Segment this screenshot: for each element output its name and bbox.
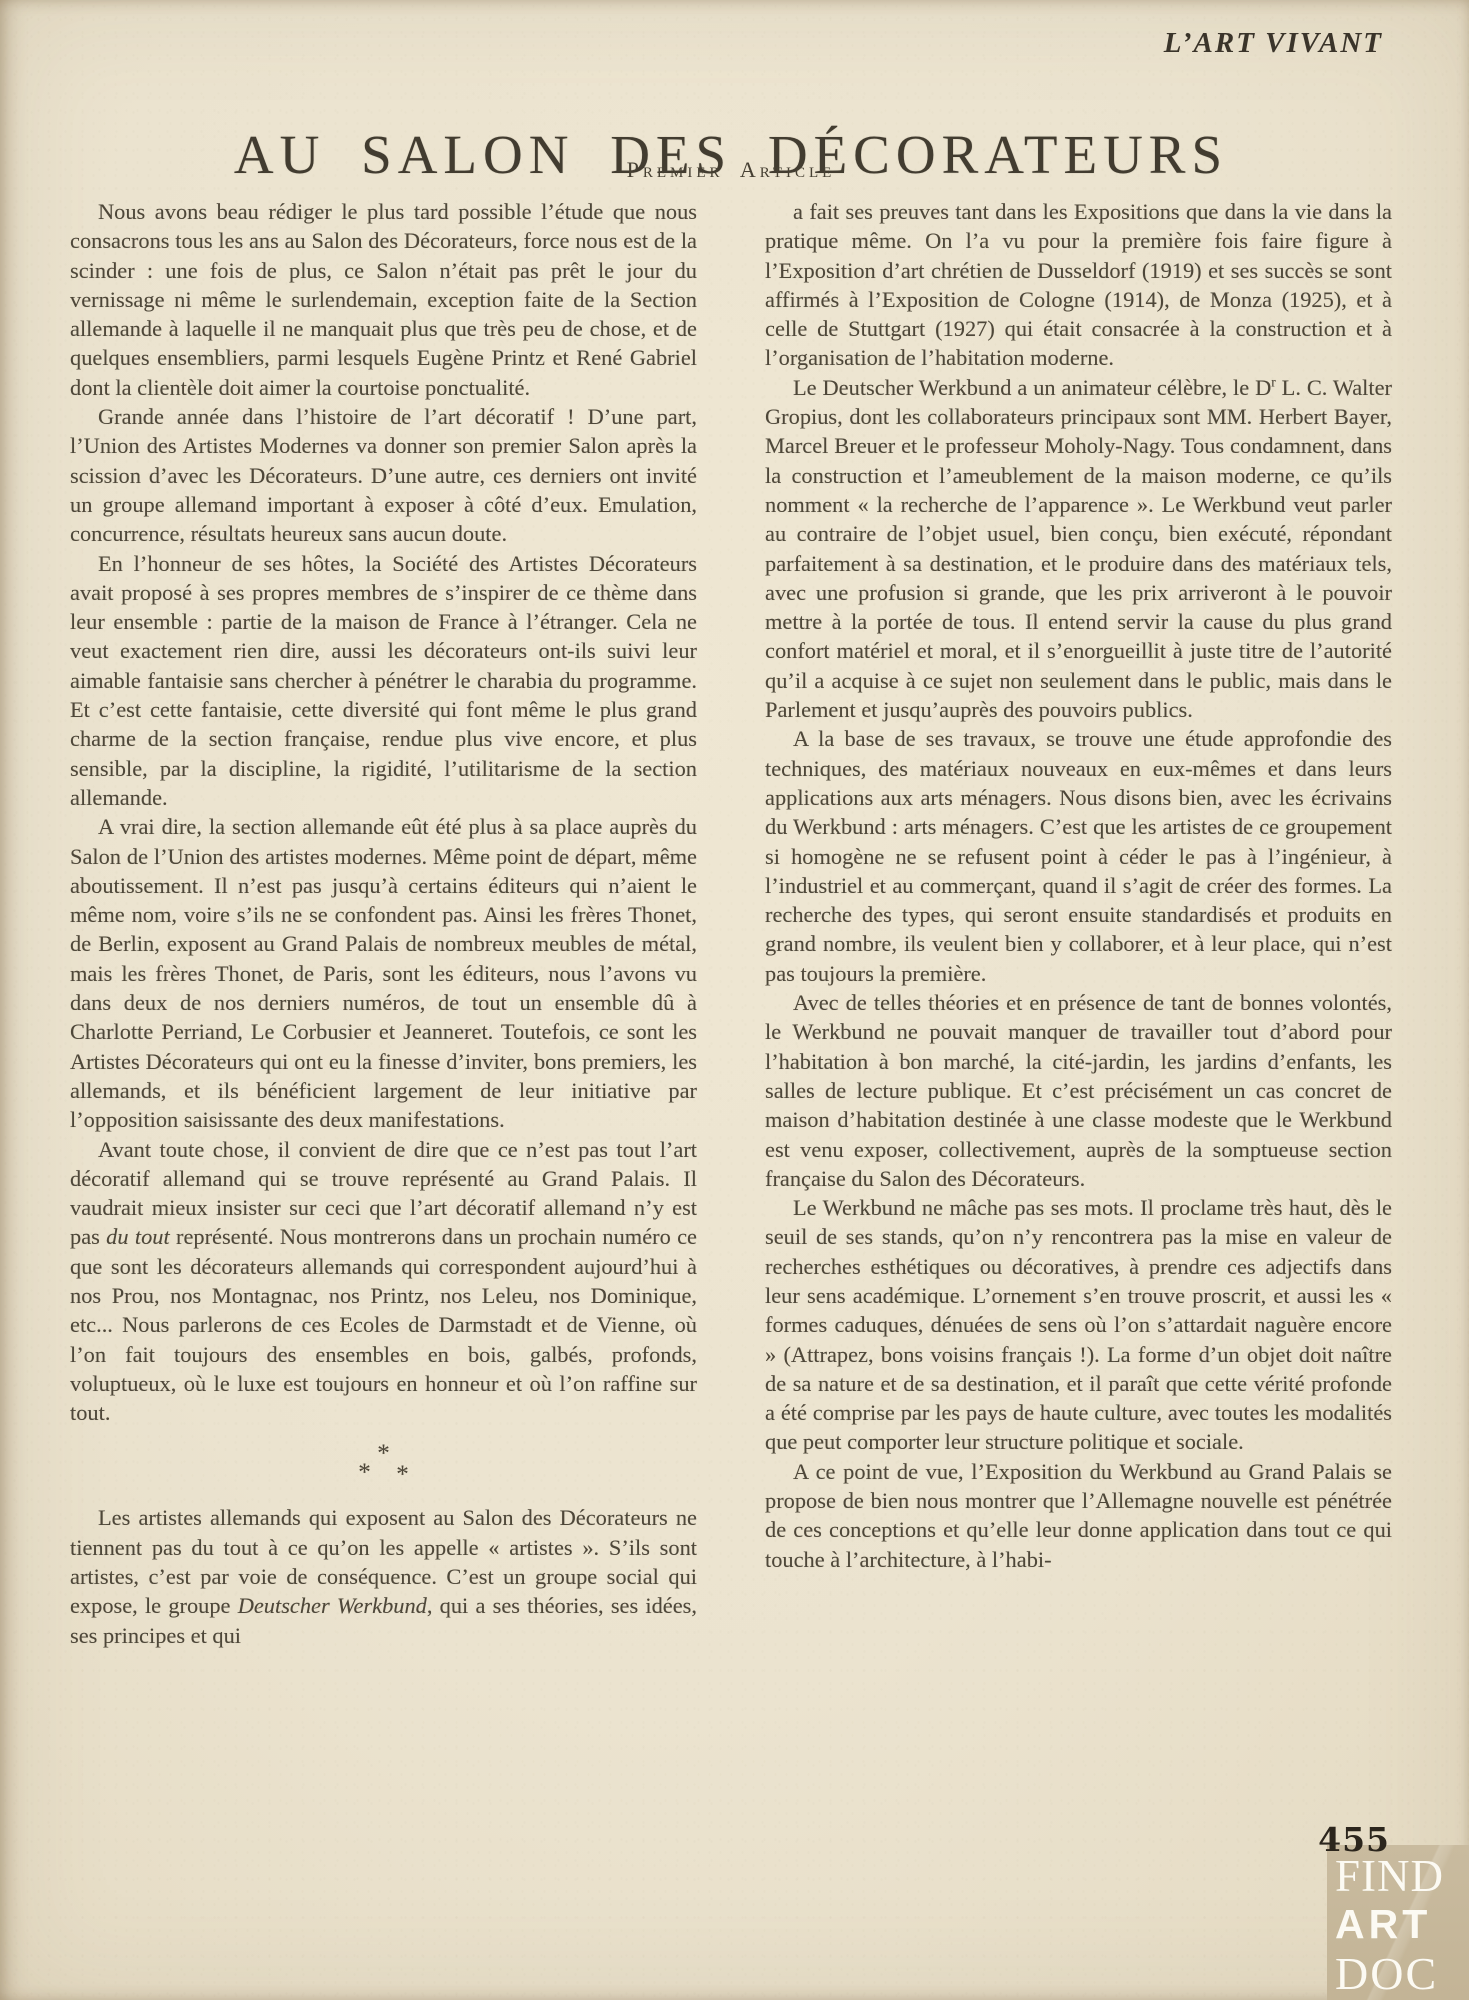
paragraph: A la base de ses travaux, se trouve une … bbox=[765, 724, 1392, 988]
paragraph: Les artistes allemands qui exposent au S… bbox=[70, 1503, 697, 1649]
left-column: Nous avons beau rédiger le plus tard pos… bbox=[70, 197, 697, 1650]
find-art-doc-watermark: FIND ART DOC bbox=[1327, 1845, 1469, 2000]
journal-masthead: L’ART VIVANT bbox=[1164, 27, 1383, 60]
paragraph: Le Werkbund ne mâche pas ses mots. Il pr… bbox=[765, 1193, 1392, 1457]
paragraph: Avant toute chose, il convient de dire q… bbox=[70, 1135, 697, 1428]
scanned-magazine-page: L’ART VIVANT AU SALON DES DÉCORATEURS Pr… bbox=[0, 0, 1469, 2000]
page-number: 455 bbox=[1312, 1820, 1390, 1859]
asterisk-glyph: * bbox=[358, 1458, 371, 1487]
paragraph: A ce point de vue, l’Exposition du Werkb… bbox=[765, 1457, 1392, 1574]
watermark-line-art: ART bbox=[1335, 1900, 1469, 1949]
paragraph: En l’honneur de ses hôtes, la Société de… bbox=[70, 549, 697, 813]
paragraph: Nous avons beau rédiger le plus tard pos… bbox=[70, 197, 697, 402]
paragraph: a fait ses preuves tant dans les Exposit… bbox=[765, 197, 1392, 373]
watermark-line-doc: DOC bbox=[1335, 1949, 1469, 1999]
asterisk-glyph: * bbox=[396, 1460, 409, 1489]
section-break-asterism: *** bbox=[70, 1437, 697, 1497]
paragraph: Grande année dans l’histoire de l’art dé… bbox=[70, 402, 697, 548]
article-body: Nous avons beau rédiger le plus tard pos… bbox=[70, 197, 1392, 1650]
paragraph: A vrai dire, la section allemande eût ét… bbox=[70, 812, 697, 1134]
asterisk-glyph: * bbox=[377, 1439, 390, 1468]
paragraph: Avec de telles théories et en présence d… bbox=[765, 988, 1392, 1193]
paragraph: Le Deutscher Werkbund a un animateur cél… bbox=[765, 373, 1392, 725]
right-column: a fait ses preuves tant dans les Exposit… bbox=[765, 197, 1392, 1650]
watermark-line-find: FIND bbox=[1335, 1853, 1469, 1900]
article-subtitle: Premier Article bbox=[70, 157, 1392, 183]
